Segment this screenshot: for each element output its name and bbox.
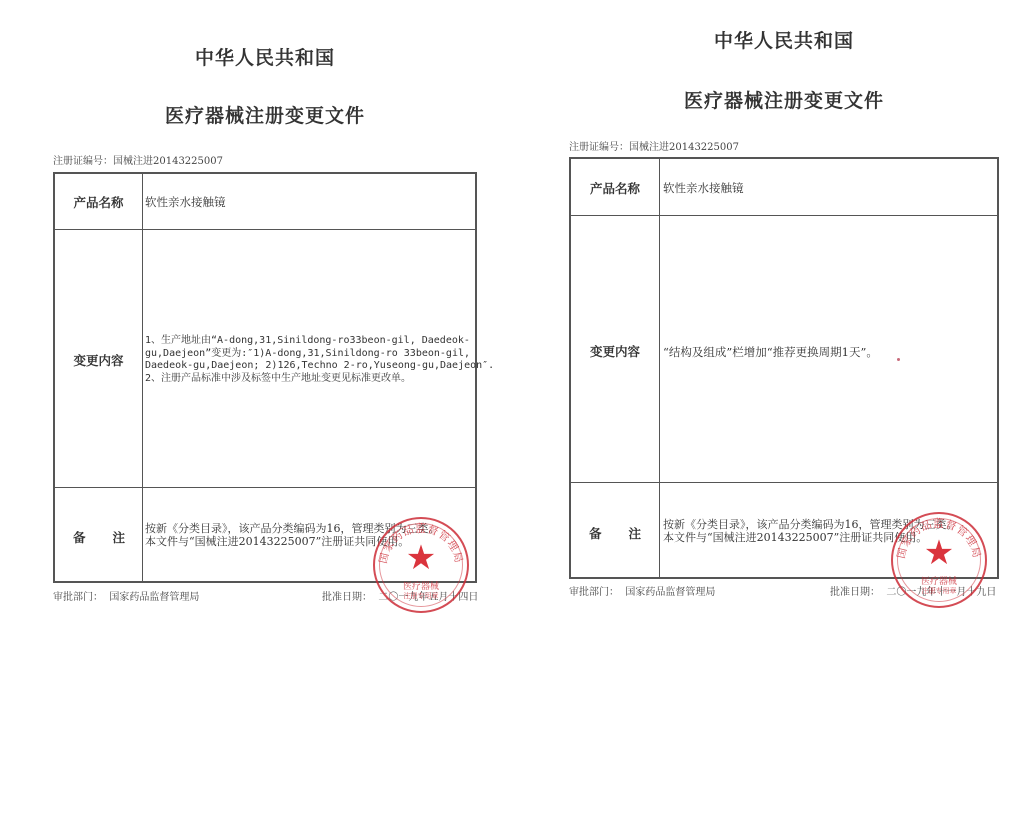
star-icon: ★ <box>893 536 985 570</box>
document-title: 医疗器械注册变更文件 <box>569 86 999 113</box>
approval-department: 审批部门： 国家药品监督管理局 <box>569 583 715 598</box>
seal-bottom-text: 注册专用章 <box>893 586 985 596</box>
change-document-right: 中华人民共和国 医疗器械注册变更文件 注册证编号：国械注进20143225007… <box>0 0 1024 819</box>
country-title: 中华人民共和国 <box>569 26 999 53</box>
official-seal: 国家药品监督管理局 ★ 医疗器械 注册专用章 <box>891 512 987 608</box>
product-name-value: 软性亲水接触镜 <box>663 180 744 196</box>
registration-number-value: 国械注进20143225007 <box>629 142 739 153</box>
change-content-text: “结构及组成”栏增加“推荐更换周期1天”。 <box>663 344 878 360</box>
registration-number-label: 注册证编号： <box>569 142 629 153</box>
registration-number: 注册证编号：国械注进20143225007 <box>569 138 739 153</box>
product-name-label: 产品名称 <box>571 179 659 197</box>
ink-speck <box>897 358 900 361</box>
remark-label: 备注 <box>589 524 641 542</box>
change-content-label: 变更内容 <box>571 342 659 360</box>
